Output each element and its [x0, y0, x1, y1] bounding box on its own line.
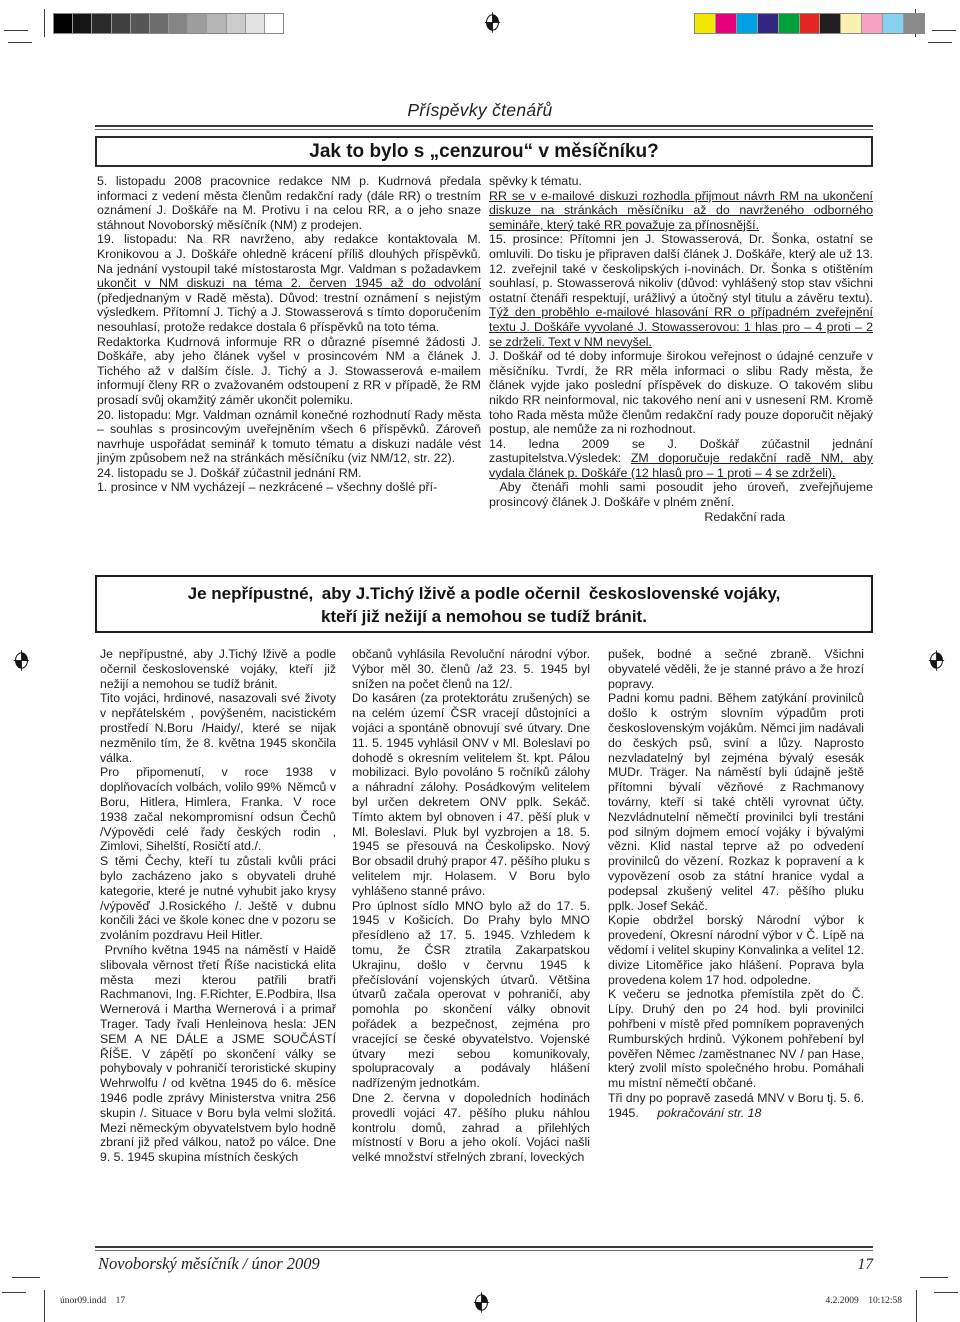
text-segment: Dne 2. června v dopoledních hodinách pro… [352, 1091, 590, 1164]
paragraph: Tito vojáci, hrdinové, nasazovali své ži… [100, 691, 336, 765]
paragraph: Do kasáren (za protektorátu zrušených) s… [352, 691, 590, 898]
color-swatch [227, 14, 246, 33]
crop-mark-bottom-right-vertical [916, 1290, 917, 1322]
text-segment: spěvky k tématu. [489, 174, 582, 188]
text-segment: Do kasáren (za protektorátu zrušených) s… [352, 691, 590, 897]
paragraph: pušek, bodné a sečné zbraně. Všichni oby… [608, 647, 864, 691]
section-header: Příspěvky čtenářů [0, 100, 960, 121]
print-slug-filename: únor09.indd 17 [60, 1296, 125, 1306]
crop-mark-bottom-left-horizontal [12, 1277, 40, 1278]
grayscale-calibration-bar [53, 13, 284, 34]
color-swatch [131, 14, 150, 33]
color-swatch [820, 14, 841, 33]
paragraph: Prvního května 1945 na náměstí v Haidě s… [100, 943, 336, 1165]
color-swatch [883, 14, 904, 33]
paragraph: Aby čtenáři mohli sami posoudit jeho úro… [489, 480, 873, 509]
text-segment: pokračování str. 18 [657, 1106, 761, 1120]
paragraph: 24. listopadu se J. Doškář zúčastnil jed… [97, 466, 481, 481]
paragraph: Pro úplnost sídlo MNO bylo až do 17. 5. … [352, 899, 590, 1091]
registration-mark-icon [484, 12, 501, 33]
text-segment: Redakční rada [704, 510, 785, 524]
scanned-newspaper-proof-page: { "colors": { "text": "#1f1f1f", "rule":… [0, 0, 960, 1322]
paragraph: Redakční rada [489, 510, 873, 525]
article2-column-2: občanů vyhlásila Revoluční národní výbor… [352, 647, 590, 1165]
text-segment: Týž den proběhlo e-mailové hlasování RR … [489, 305, 873, 348]
text-segment: S těmi Čechy, kteří tu zůstali kvůli prá… [100, 854, 336, 942]
article1-column-2: spěvky k tématu.RR se v e-mailové diskuz… [489, 174, 873, 524]
paragraph: 1. prosince v NM vycházejí – nezkrácené … [97, 480, 481, 495]
paragraph: Padni komu padni. Během zatýkání provini… [608, 691, 864, 913]
crop-mark-top-left-vertical [44, 9, 45, 37]
crop-mark-bottom-right-horizontal-2 [934, 1292, 958, 1293]
article1-column-1: 5. listopadu 2008 pracovnice redakce NM … [97, 174, 481, 524]
color-swatch [188, 14, 207, 33]
article2-body: Je nepřípustné, aby J.Tichý lživě a podl… [100, 647, 864, 1165]
text-segment: Redaktorka Kudrnová informuje RR o důraz… [97, 335, 481, 407]
registration-mark-icon [928, 650, 945, 671]
crop-mark-bottom-left-horizontal-2 [2, 1292, 26, 1293]
text-segment: K večeru se jednotka přemístila zpět do … [608, 987, 864, 1090]
footer-publication-name: Novoborský měsíčník / únor 2009 [98, 1254, 320, 1274]
text-segment: Tito vojáci, hrdinové, nasazovali své ži… [100, 691, 336, 764]
article2-heading-line1: Je nepřípustné, aby J.Tichý lživě a podl… [97, 582, 871, 605]
text-segment: Pro připomenutí, v roce 1938 v doplňovac… [100, 765, 336, 853]
cmyk-color-calibration-bar [694, 13, 925, 34]
article2-heading-line2: kteří již nežijí a nemohou se tudíž brán… [97, 605, 871, 628]
article1-title-box: Jak to bylo s „cenzurou“ v měsíčníku? [95, 136, 873, 167]
article1-body: 5. listopadu 2008 pracovnice redakce NM … [97, 174, 873, 524]
color-swatch [246, 14, 265, 33]
text-segment: 19. listopadu: Na RR navrženo, aby redak… [97, 232, 481, 275]
crop-mark-bottom-right-horizontal [920, 1277, 948, 1278]
color-swatch [169, 14, 188, 33]
crop-mark-top-right-horizontal-2 [928, 42, 952, 43]
registration-mark-icon [13, 650, 30, 671]
paragraph: Tři dny po popravě zasedá MNV v Boru tj.… [608, 1091, 864, 1121]
crop-mark-bottom-left-vertical [44, 1290, 45, 1322]
text-segment: J. Doškář od té doby informuje širokou v… [489, 349, 873, 436]
text-segment: Prvního května 1945 na náměstí v Haidě s… [100, 943, 336, 1164]
text-segment: Je nepřípustné, aby J.Tichý lživě a podl… [100, 647, 336, 691]
article1-title: Jak to bylo s „cenzurou“ v měsíčníku? [309, 141, 659, 162]
text-segment: 24. listopadu se J. Doškář zúčastnil jed… [97, 466, 361, 480]
text-segment: 20. listopadu: Mgr. Valdman oznámil kone… [97, 408, 481, 466]
paragraph: RR se v e-mailové diskuzi rozhodla přijm… [489, 189, 873, 233]
text-segment: Kopie obdržel borský Národní výbor k pro… [608, 913, 864, 986]
article2-column-3: pušek, bodné a sečné zbraně. Všichni oby… [608, 647, 864, 1165]
paragraph: Je nepřípustné, aby J.Tichý lživě a podl… [100, 647, 336, 691]
paragraph: Dne 2. června v dopoledních hodinách pro… [352, 1091, 590, 1165]
text-segment: RR se v e-mailové diskuzi rozhodla přijm… [489, 189, 873, 232]
color-swatch [862, 14, 883, 33]
color-swatch [758, 14, 779, 33]
paragraph: K večeru se jednotka přemístila zpět do … [608, 987, 864, 1091]
footer-double-rule [95, 1246, 873, 1251]
color-swatch [73, 14, 92, 33]
text-segment: 1. prosince v NM vycházejí – nezkrácené … [97, 480, 437, 494]
text-segment: 15. prosince: Přítomni jen J. Stowassero… [489, 232, 873, 304]
paragraph: občanů vyhlásila Revoluční národní výbor… [352, 647, 590, 691]
paragraph: 14. ledna 2009 se J. Doškář zúčastnil je… [489, 437, 873, 481]
color-swatch [92, 14, 111, 33]
color-swatch [800, 14, 821, 33]
text-segment: občanů vyhlásila Revoluční národní výbor… [352, 647, 590, 691]
paragraph: Redaktorka Kudrnová informuje RR o důraz… [97, 335, 481, 408]
article2-heading-box: Je nepřípustné, aby J.Tichý lživě a podl… [95, 575, 873, 633]
color-swatch [265, 14, 283, 33]
paragraph: S těmi Čechy, kteří tu zůstali kvůli prá… [100, 854, 336, 943]
text-segment: (předjednaným v Radě města). Důvod: tres… [97, 291, 481, 334]
paragraph: J. Doškář od té doby informuje širokou v… [489, 349, 873, 437]
color-swatch [695, 14, 716, 33]
text-segment: Aby čtenáři mohli sami posoudit jeho úro… [489, 480, 873, 509]
color-swatch [779, 14, 800, 33]
crop-mark-top-right-horizontal [932, 30, 956, 31]
registration-mark-icon [473, 1292, 490, 1313]
page-number: 17 [780, 1256, 873, 1274]
color-swatch [737, 14, 758, 33]
color-swatch [150, 14, 169, 33]
crop-mark-top-left-horizontal [4, 30, 28, 31]
text-segment: Padni komu padni. Během zatýkání provini… [608, 691, 864, 912]
paragraph: Pro připomenutí, v roce 1938 v doplňovac… [100, 765, 336, 854]
color-swatch [904, 14, 924, 33]
color-swatch [112, 14, 131, 33]
color-swatch [841, 14, 862, 33]
header-double-rule [95, 125, 873, 130]
color-swatch [716, 14, 737, 33]
color-swatch [54, 14, 73, 33]
text-segment: ukončit v NM diskuzi na téma 2. červen 1… [97, 276, 481, 290]
article2-column-1: Je nepřípustné, aby J.Tichý lživě a podl… [100, 647, 336, 1165]
paragraph: 15. prosince: Přítomni jen J. Stowassero… [489, 232, 873, 349]
crop-mark-top-left-horizontal-2 [8, 42, 32, 43]
paragraph: 20. listopadu: Mgr. Valdman oznámil kone… [97, 408, 481, 466]
text-segment: pušek, bodné a sečné zbraně. Všichni oby… [608, 647, 864, 691]
paragraph: 5. listopadu 2008 pracovnice redakce NM … [97, 174, 481, 232]
text-segment: 5. listopadu 2008 pracovnice redakce NM … [97, 174, 481, 232]
print-slug-timestamp: 4.2.2009 10:12:58 [825, 1296, 902, 1306]
paragraph: 19. listopadu: Na RR navrženo, aby redak… [97, 232, 481, 334]
color-swatch [207, 14, 226, 33]
text-segment: Pro úplnost sídlo MNO bylo až do 17. 5. … [352, 899, 590, 1091]
paragraph: Kopie obdržel borský Národní výbor k pro… [608, 913, 864, 987]
paragraph: spěvky k tématu. [489, 174, 873, 189]
